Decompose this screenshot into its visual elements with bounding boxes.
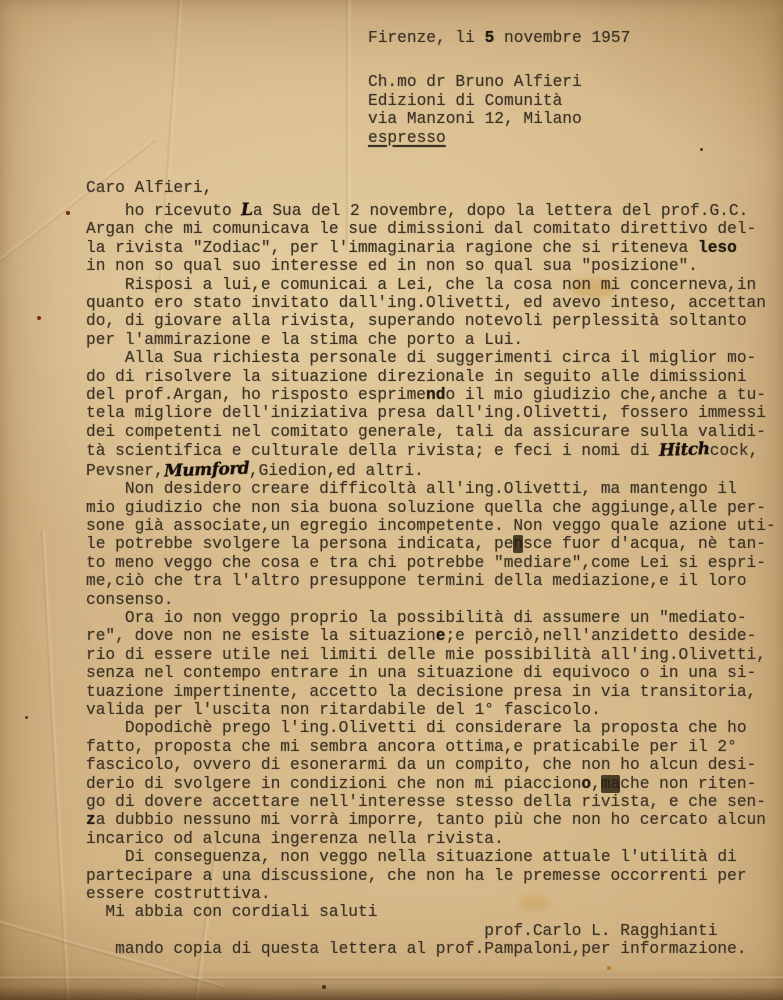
overtyped-text: leso <box>698 239 737 257</box>
ink-speck <box>607 966 611 970</box>
paper-crease <box>40 530 72 1000</box>
pen-correction: Hitch <box>659 440 710 460</box>
letter-line: essere costruttiva. <box>86 885 783 903</box>
letter-page: Firenze, li 5 novembre 1957 Ch.mo dr Bru… <box>0 0 783 1000</box>
letter-line: za dubbio nessuno mi vorrà imporre, tant… <box>86 811 783 829</box>
letter-line: senza nel contempo entrare in una situaz… <box>86 664 783 682</box>
letter-line: tà scientifica e culturale della rivista… <box>86 441 783 460</box>
letter-line: incarico od alcuna ingerenza nella rivis… <box>86 830 783 848</box>
ink-speck <box>322 985 326 989</box>
ink-blot: n <box>513 535 523 553</box>
letter-line: fascicolo, ovvero di esonerarmi da un co… <box>86 756 783 774</box>
letter-line: Dopodichè prego l'ing.Olivetti di consid… <box>86 719 783 737</box>
letter-line: del prof.Argan, ho risposto esprimendo i… <box>86 386 783 404</box>
letter-line: consenso. <box>86 591 783 609</box>
letter-line: go di dovere accettare nell'interesse st… <box>86 793 783 811</box>
paper-crease <box>0 975 783 981</box>
overtyped-text: nd <box>426 386 445 404</box>
letter-line: do di risolvere la situazione direzional… <box>86 368 783 386</box>
recipient-address: Ch.mo dr Bruno AlfieriEdizioni di Comuni… <box>368 73 630 128</box>
letter-line: rio di essere utile nei limiti delle mie… <box>86 646 783 664</box>
letter-line: Argan che mi comunicava le sue dimission… <box>86 220 783 238</box>
salutation: Caro Alfieri, <box>86 179 783 197</box>
ink-speck <box>700 148 703 151</box>
letter-line: Alla Sua richiesta personale di suggerim… <box>86 349 783 367</box>
letter-text: ho ricevuto La Sua del 2 novembre, dopo … <box>86 201 783 959</box>
letter-line: valida per l'uscita non ritardabile del … <box>86 701 783 719</box>
letter-line: Ora io non veggo proprio la possibilità … <box>86 609 783 627</box>
letter-line: re", dove non ne esiste la situazione;e … <box>86 627 783 645</box>
letter-line: la rivista "Zodiac", per l'immaginaria r… <box>86 239 783 257</box>
delivery-mode-line: espresso <box>368 129 630 147</box>
letter-line: me,ciò che tra l'altro presuppone termin… <box>86 572 783 590</box>
letter-line: quanto ero stato invitato dall'ing.Olive… <box>86 294 783 312</box>
letter-line: Risposi a lui,e comunicai a Lei, che la … <box>86 276 783 294</box>
letter-header: Firenze, li 5 novembre 1957 Ch.mo dr Bru… <box>368 29 630 147</box>
recipient-line: via Manzoni 12, Milano <box>368 110 630 128</box>
ink-speck <box>37 316 41 320</box>
letter-line: ho ricevuto La Sua del 2 novembre, dopo … <box>86 201 783 220</box>
letter-line: Mi abbia con cordiali saluti <box>86 903 783 921</box>
ink-blot: ma <box>601 775 620 793</box>
recipient-line: Edizioni di Comunità <box>368 92 630 110</box>
overtyped-text: z <box>86 811 96 829</box>
letter-line: mio giudizio che non sia buona soluzione… <box>86 499 783 517</box>
letter-line: tela migliore dell'iniziativa presa dall… <box>86 404 783 422</box>
overtyped-text: o <box>581 775 591 793</box>
pen-correction: L <box>241 201 253 220</box>
letter-body: Caro Alfieri, ho ricevuto La Sua del 2 n… <box>86 179 783 959</box>
letter-line: Di conseguenza, non veggo nella situazio… <box>86 848 783 866</box>
letter-line: to meno veggo che cosa e tra chi potrebb… <box>86 554 783 572</box>
letter-line: derio di svolgere in condizioni che non … <box>86 775 783 793</box>
overtyped-text: e <box>436 627 446 645</box>
letter-line: mando copia di questa lettera al prof.Pa… <box>86 940 783 958</box>
letter-line: le potrebbe svolgere la persona indicata… <box>86 535 783 553</box>
letter-line: do, di giovare alla rivista, superando n… <box>86 312 783 330</box>
ink-speck <box>25 716 28 719</box>
letter-line: Non desidero creare difficoltà all'ing.O… <box>86 480 783 498</box>
delivery-mode: espresso <box>368 129 446 147</box>
letter-line: per l'ammirazione e la stima che porto a… <box>86 331 783 349</box>
overtyped-text: 5 <box>485 29 495 47</box>
letter-line: tuazione impertinente, accetto la decisi… <box>86 683 783 701</box>
letter-line: partecipare a una discussione, che non h… <box>86 867 783 885</box>
recipient-line: Ch.mo dr Bruno Alfieri <box>368 73 630 91</box>
letter-line: Pevsner,Mumford,Giedion,ed altri. <box>86 461 783 480</box>
letter-line: in non so qual suo interesse ed in non s… <box>86 257 783 275</box>
letter-line: prof.Carlo L. Ragghianti <box>86 922 783 940</box>
ink-speck <box>66 211 70 215</box>
letter-line: fatto, proposta che mi sembra ancora ott… <box>86 738 783 756</box>
letter-line: dei competenti nel comitato generale, ta… <box>86 423 783 441</box>
letter-line: sone già associate,un egregio incompeten… <box>86 517 783 535</box>
letter-date: Firenze, li 5 novembre 1957 <box>368 29 630 47</box>
pen-correction: Mumford <box>163 459 249 480</box>
